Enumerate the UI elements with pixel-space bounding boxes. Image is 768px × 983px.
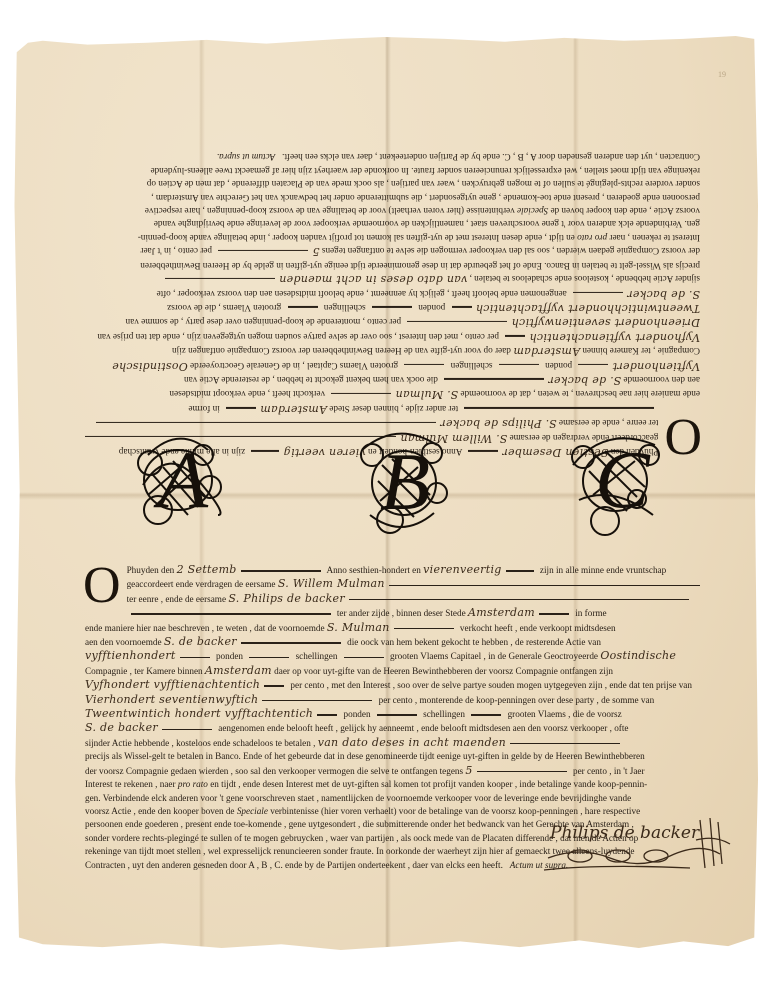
payer-name: S. de backer: [85, 721, 158, 734]
share-amount: vyfftienhondert: [85, 649, 176, 662]
lower-line: aen den voornoemde S. de backer die oock…: [85, 635, 700, 649]
lower-line: sijnder Actie hebbende , kosteloos ende …: [85, 736, 700, 750]
corner-mark: 19: [718, 70, 726, 79]
upper-chamber: Amsterdam: [513, 345, 580, 358]
upper-interest: 5: [312, 245, 319, 258]
upper-line: precijs als Wissel-gelt te betalen in Ba…: [85, 258, 700, 271]
svg-text:A: A: [153, 434, 209, 525]
upper-city: Amsterdam: [260, 403, 327, 416]
upper-seller-short: S. Mulman: [395, 388, 458, 401]
upper-line: rekeninge van tijdt moet stellen , wel e…: [85, 163, 700, 176]
svg-text:C: C: [595, 434, 651, 525]
chirograph-ornament-letters: A B C: [120, 425, 680, 545]
upper-line: voorsz Actie , ende den kooper boven de …: [85, 204, 700, 217]
flourish-c-icon: C: [565, 425, 665, 540]
upper-line: sonder vordere rechts-plegingé te sullen…: [85, 177, 700, 190]
upper-line: gen. Verbindende elck anderen voor 't ge…: [85, 217, 700, 230]
upper-line: ter ander zijde , binnen deser Stede Ams…: [85, 401, 658, 415]
contract-year: vierenveertig: [423, 563, 501, 576]
flourish-b-icon: B: [352, 425, 452, 540]
issue-percentage: Vyfhondert vyfftienachtentich: [85, 678, 260, 691]
total-sum: Tweentwintich hondert vyfftachtentich: [85, 707, 313, 720]
upper-contract-copy: O Phuyden den Sestien Desember Anno sest…: [85, 150, 700, 459]
upper-line: sijnder Actie hebbende , kosteloos ende …: [85, 272, 700, 286]
buyer-signature: Philips de backer: [540, 810, 740, 880]
chamber-city: Amsterdam: [205, 664, 272, 677]
lower-line: Compagnie , ter Kamere binnen Amsterdam …: [85, 664, 700, 678]
ornament-letter-c: C: [565, 425, 665, 540]
upper-line: Vyftienhondert ponden schellingen groote…: [85, 358, 700, 372]
company-name: Oostindische: [600, 649, 676, 662]
lower-line: Vierhondert seventienwyftich per cento ,…: [85, 693, 700, 707]
upper-amount: Vyftienhondert: [612, 360, 700, 373]
upper-line: Compagnie , ter Kamere binnen Amsterdam …: [85, 344, 700, 358]
upper-closing: Actum ut supra.: [217, 152, 275, 162]
upper-payer: S. de backer: [627, 287, 700, 300]
lower-line: ende maniere hier nae beschreven , te we…: [85, 621, 700, 635]
lower-line: vyfftienhondert ponden schellingen groot…: [85, 649, 700, 663]
svg-text:B: B: [380, 436, 430, 527]
buyer-name: S. Philips de backer: [228, 592, 345, 605]
contract-date: 2 Settemb: [177, 563, 237, 576]
lower-line: S. de backer aengenomen ende belooft hee…: [85, 721, 700, 735]
lower-line: gen. Verbindende elck anderen voor 't ge…: [85, 792, 700, 805]
seller-short: S. Mulman: [327, 621, 390, 634]
lower-line: ter ander zijde , binnen deser Stede Ams…: [127, 606, 700, 620]
lower-line: Vyfhondert vyfftienachtentich per cento …: [85, 678, 700, 692]
lower-line: Interest te rekenen , naer pro rato en t…: [85, 778, 700, 791]
upper-line: Interest te rekenen , naer pro rato en t…: [85, 230, 700, 243]
flourish-a-icon: A: [128, 425, 228, 540]
lower-dropcap: O: [83, 565, 121, 607]
upper-line: der voorsz Compagnie gedaen wierden , so…: [85, 244, 700, 258]
signature-flourish-icon: Philips de backer: [540, 810, 740, 880]
buyer-short: S. de backer: [164, 635, 237, 648]
upper-price: Drieenhondert seventienwyftich: [511, 316, 700, 329]
upper-line: Vyfhondert vyftienachtentich per cento ,…: [85, 329, 700, 343]
upper-sum: Tweentwintichhondert vyfftachtentich: [476, 302, 700, 315]
payment-term: van dato deses in acht maenden: [318, 736, 506, 749]
upper-due: van dato deses in acht maenden: [279, 273, 467, 286]
seller-name: S. Willem Mulman: [278, 577, 385, 590]
lower-line: Tweentwintich hondert vyfftachtentich po…: [85, 707, 700, 721]
lower-line: Phuyden den 2 Settemb Anno sesthien-hond…: [127, 563, 700, 577]
upper-line: Contracten , uyt den anderen gesneden do…: [85, 150, 700, 163]
upper-buyer-short: S. de backer: [548, 374, 621, 387]
sale-price: Vierhondert seventienwyftich: [85, 693, 258, 706]
ornament-letter-a: A: [128, 425, 228, 540]
lower-line: der voorsz Compagnie gedaen wierden , so…: [85, 764, 700, 778]
upper-line: persoonen ende goederen , present ende t…: [85, 190, 700, 203]
interest-rate: 5: [465, 764, 472, 777]
upper-line: Drieenhondert seventienwyftich per cento…: [85, 315, 700, 329]
upper-percentage: Vyfhondert vyftienachtentich: [529, 331, 700, 344]
upper-line: S. de backer aengenomen ende belooft hee…: [85, 286, 700, 300]
lower-line: geaccordeert ende verdragen de eersame S…: [127, 577, 700, 591]
lower-line: precijs als Wissel-gelt te betalen in Ba…: [85, 750, 700, 763]
ornament-letter-b: B: [352, 425, 452, 540]
upper-company: Oostindische: [112, 360, 188, 373]
svg-text:Philips de backer: Philips de backer: [549, 823, 700, 843]
upper-line: aen den voornoemde S. de backer die oock…: [85, 373, 700, 387]
upper-line: Tweentwintichhondert vyfftachtentich pon…: [85, 300, 700, 314]
upper-line: ende maniere hier nae beschreven , te we…: [85, 387, 700, 401]
lower-line: ter eenre , ende de eersame S. Philips d…: [127, 592, 700, 606]
contract-city: Amsterdam: [468, 606, 535, 619]
